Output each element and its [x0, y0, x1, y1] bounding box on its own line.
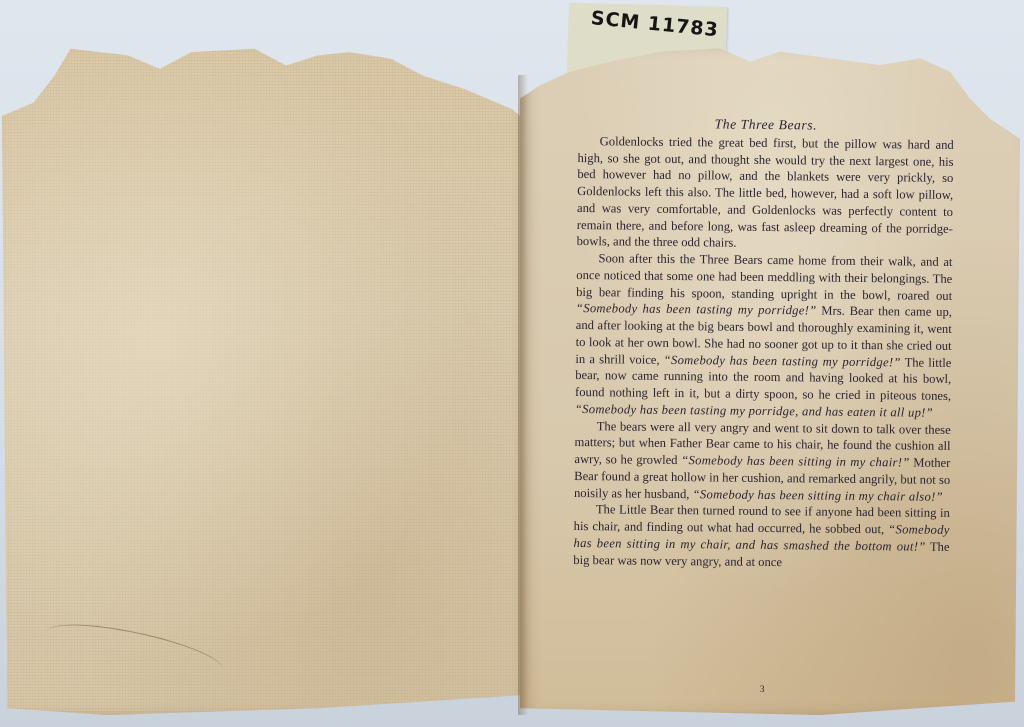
paragraph: The Little Bear then turned round to see… — [573, 501, 950, 572]
quoted-speech: “Somebody has been sitting in my chair!” — [681, 453, 909, 469]
quoted-speech: “Somebody has been sitting in my chair, … — [573, 522, 949, 553]
quoted-speech: “Somebody has been tasting my porridge!” — [664, 352, 901, 368]
page-crease — [38, 614, 227, 711]
quoted-speech: “Somebody has been sitting in my chair a… — [693, 487, 943, 504]
paragraph: Soon after this the Three Bears came hom… — [575, 250, 953, 421]
paragraph: The bears were all very angry and went t… — [574, 417, 951, 505]
paragraph: Goldenlocks tried the great bed first, b… — [577, 133, 954, 254]
quoted-speech: “Somebody has been tasting my porridge, … — [575, 402, 933, 420]
book-gutter — [518, 75, 528, 715]
photo-scene: SCM 11783 The Three Bears. Goldenlocks t… — [0, 0, 1024, 727]
quoted-speech: “Somebody has been tasting my porridge!” — [576, 301, 817, 318]
catalog-number: SCM 11783 — [590, 7, 720, 41]
left-page-blank — [2, 42, 528, 715]
page-number: 3 — [760, 684, 765, 694]
page-text: The Three Bears. Goldenlocks tried the g… — [573, 115, 954, 572]
